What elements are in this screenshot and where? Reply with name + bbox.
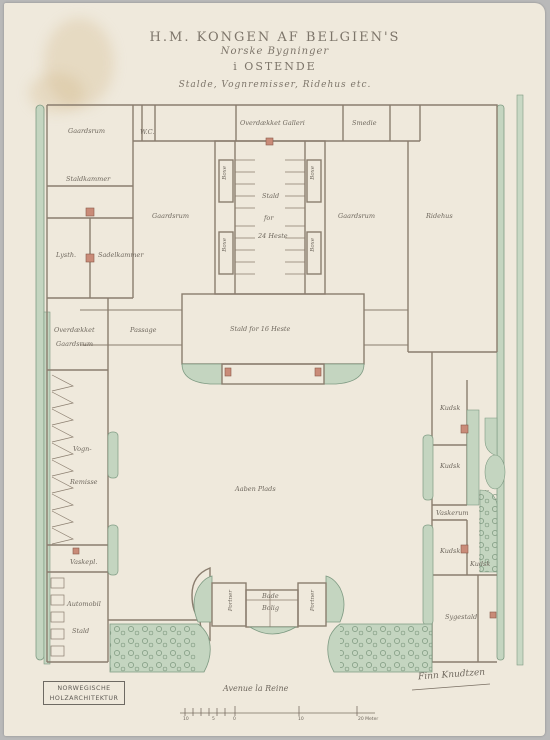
room-label-kudsk-low1: Kudsk — [440, 547, 460, 555]
room-label-sygestald: Sygestald — [445, 613, 477, 621]
title-line-2: Norske Bygninger — [0, 46, 550, 57]
garden-strip-left — [36, 105, 44, 660]
room-label-vogn: Vogn- — [73, 445, 92, 453]
scale-label: 10 — [183, 717, 189, 722]
room-label-boxe: Boxe — [310, 166, 316, 180]
room-label-stald-16-heste: Stald for 16 Heste — [230, 325, 290, 333]
scale-label: 10 — [298, 717, 304, 722]
room-label-ridehus: Ridehus — [426, 212, 453, 220]
stamp-line-2: HOLZARCHITEKTUR — [44, 694, 124, 704]
room-label-automobil: Automobil — [67, 600, 101, 608]
stamp-line-1: NORWEGISCHE — [44, 684, 124, 694]
street-label: Avenue la Reine — [223, 684, 288, 693]
room-label-passage: Passage — [130, 326, 157, 334]
room-label-gaardsrum-left: Gaardsrum — [152, 212, 189, 220]
room-label-stald-small: Stald — [72, 627, 89, 635]
room-label-wc: W.C. — [140, 128, 154, 136]
room-label-kudsk-top: Kudsk — [440, 404, 460, 412]
collection-stamp: NORWEGISCHE HOLZARCHITEKTUR — [43, 681, 125, 705]
room-label-vaskerum: Vaskerum — [436, 509, 469, 517]
room-label-vaskeplads: Vaskepl. — [70, 558, 97, 566]
room-label-remisse: Remisse — [70, 478, 98, 486]
room-label-24-heste: 24 Heste — [258, 232, 288, 240]
room-label-overdaekket-gaardsrum: Gaardsrum — [56, 340, 93, 348]
room-label-staldkammer: Staldkammer — [66, 175, 110, 183]
room-label-portner-left: Portner — [228, 590, 234, 611]
room-label-boxe: Boxe — [222, 166, 228, 180]
room-label-galleri: Overdækket Galleri — [240, 119, 305, 127]
room-label-for: for — [264, 214, 273, 222]
room-label-boxe: Boxe — [310, 238, 316, 252]
room-label-sadelkammer: Sadelkammer — [98, 251, 144, 259]
room-label-kudsk-low2: Kudsk — [470, 560, 490, 568]
room-label-kudsk-mid: Kudsk — [440, 462, 460, 470]
room-label-bolig: Bolig — [262, 604, 279, 612]
room-label-gaardsrum: Gaardsrum — [68, 127, 105, 135]
room-label-aaben-plads: Aaben Plads — [235, 485, 276, 493]
scale-label: 20 Meter — [358, 717, 378, 722]
title-line-1: H.M. KONGEN AF BELGIEN'S — [0, 30, 550, 45]
room-label-smedie: Smedie — [352, 119, 377, 127]
title-line-3: i OSTENDE — [0, 60, 550, 73]
room-label-stald: Stald — [262, 192, 279, 200]
room-label-baderum: Bade — [262, 592, 279, 600]
garden-strip-right — [497, 105, 504, 660]
room-label-gaardsrum-right: Gaardsrum — [338, 212, 375, 220]
room-label-overdaekket: Overdækket — [54, 326, 95, 334]
scale-label: 0 — [233, 717, 236, 722]
scale-label: 5 — [212, 717, 215, 722]
room-label-portner-right: Portner — [310, 590, 316, 611]
room-label-lysthus: Lysth. — [56, 251, 76, 259]
title-line-4: Stalde, Vognremisser, Ridehus etc. — [0, 80, 550, 90]
room-label-boxe: Boxe — [222, 238, 228, 252]
